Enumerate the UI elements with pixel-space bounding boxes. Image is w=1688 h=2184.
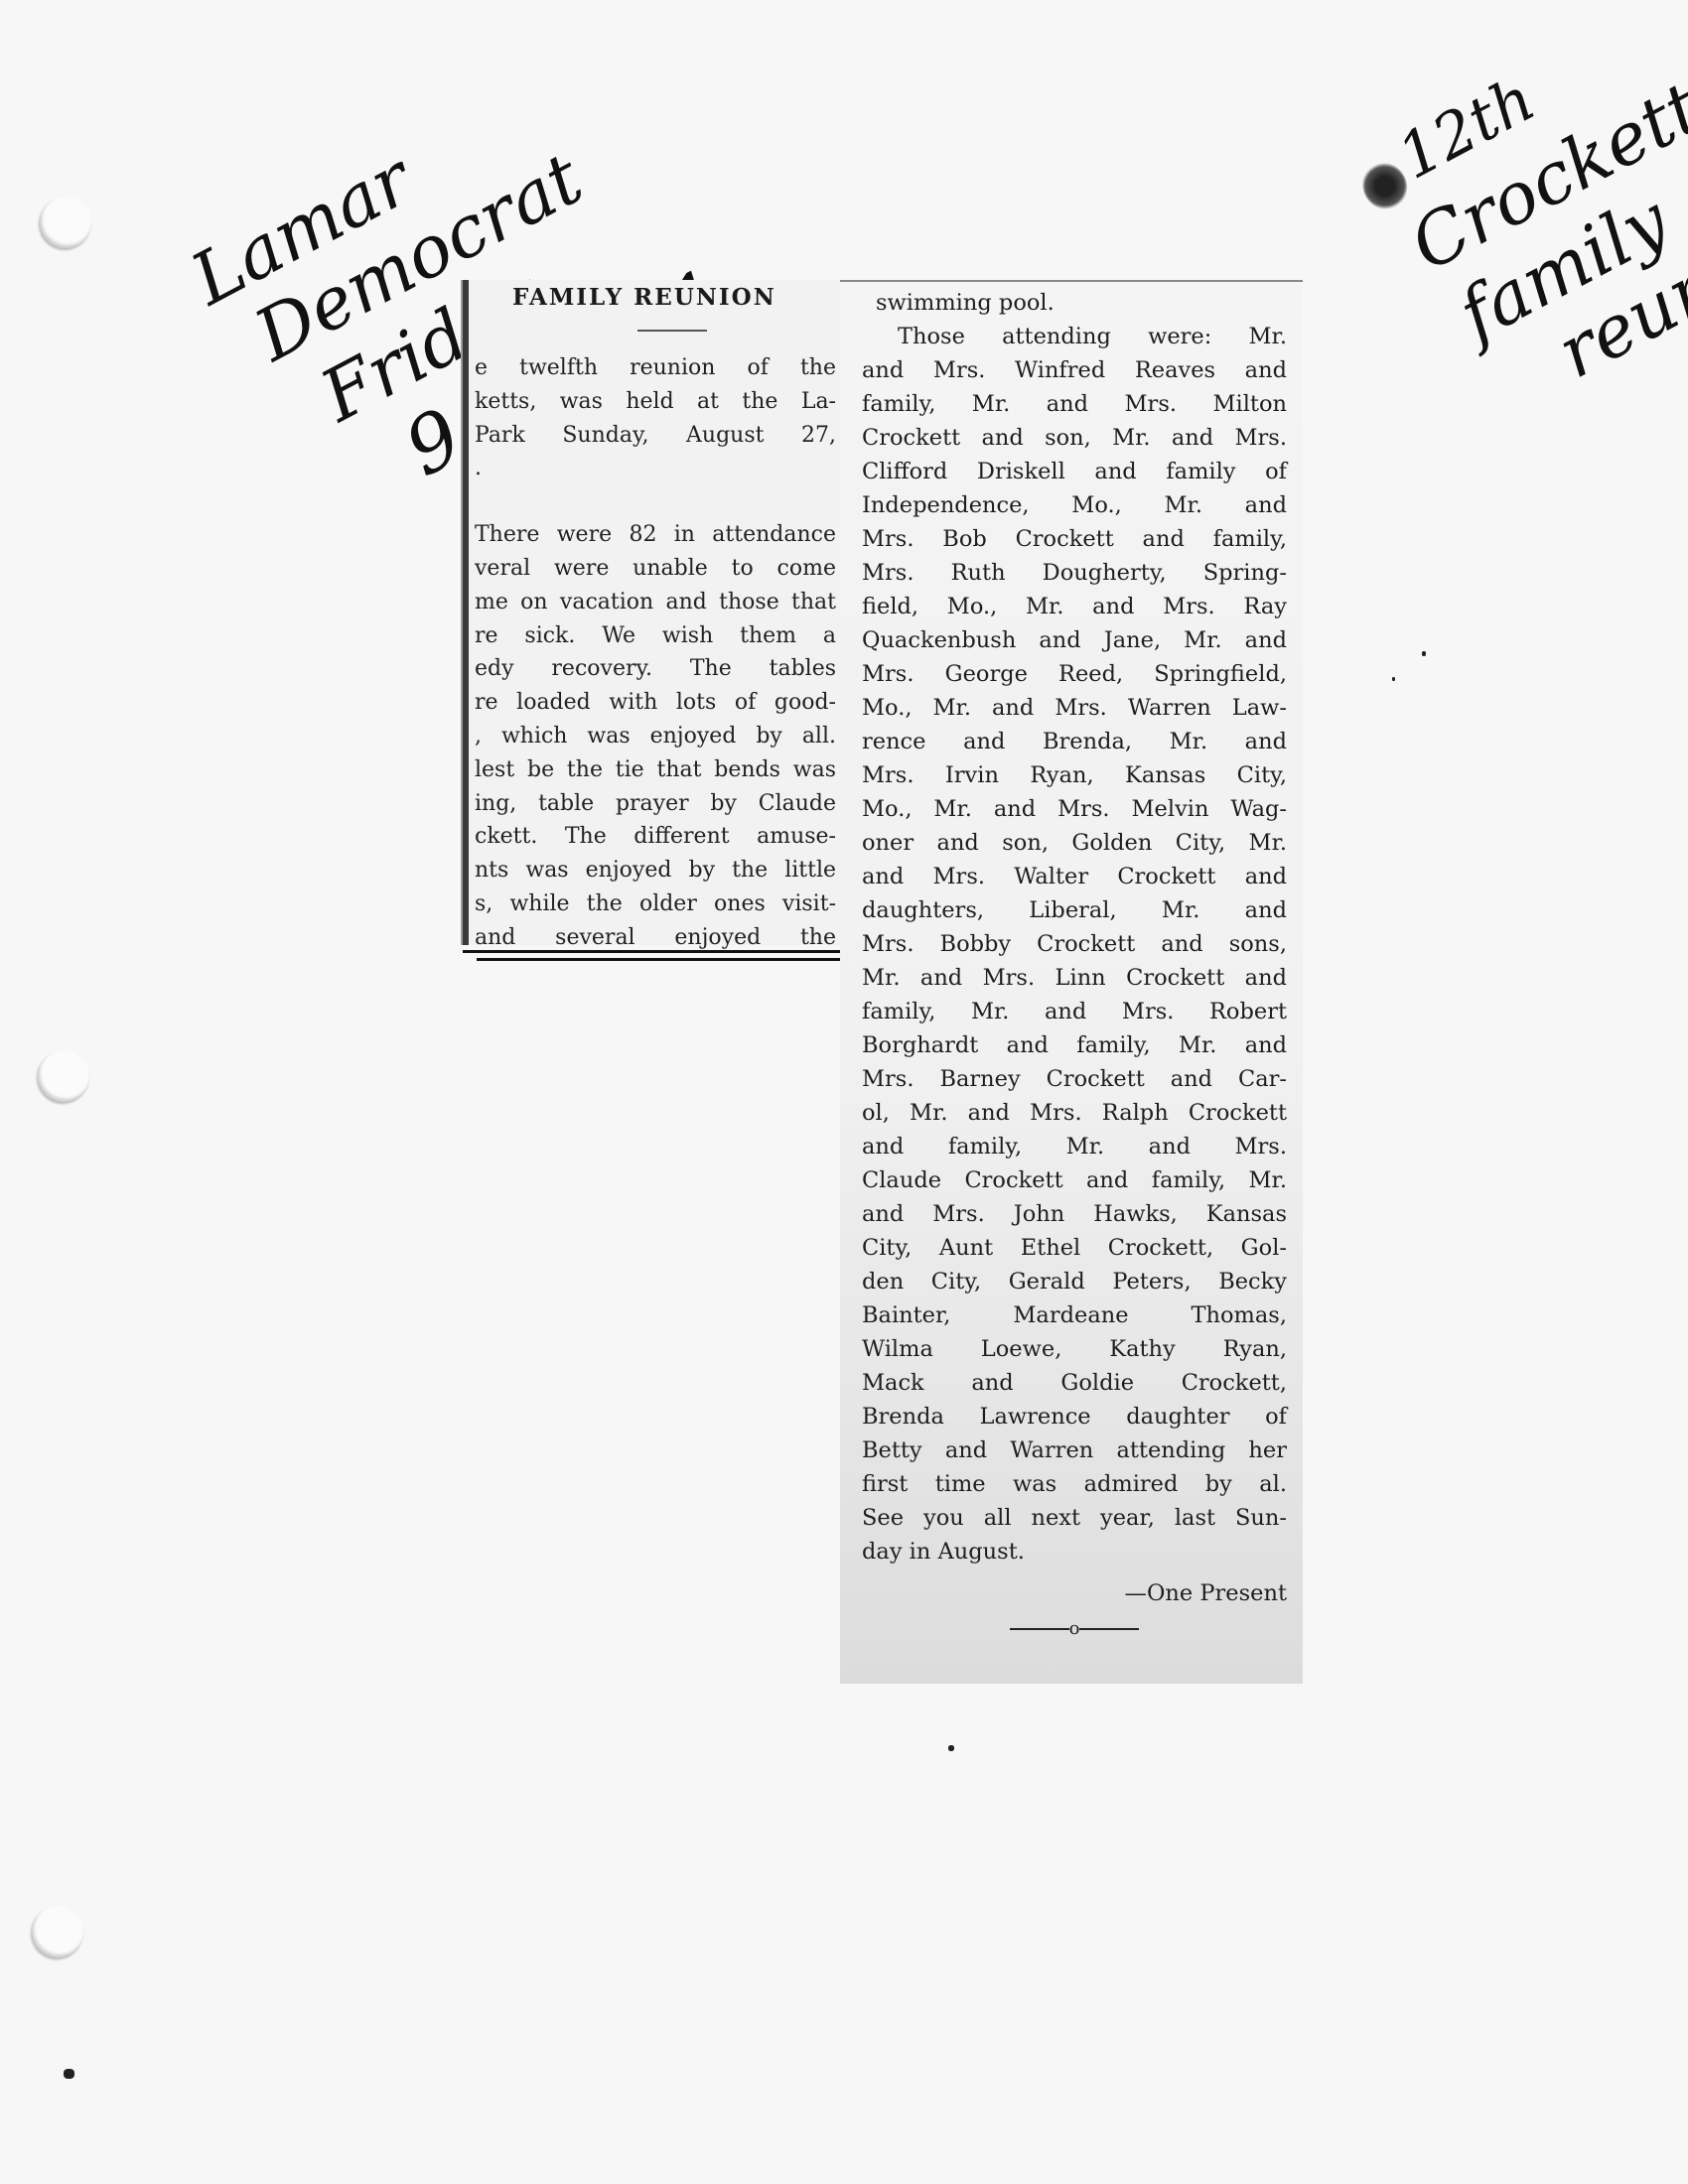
text-line: veral were unable to come [475, 552, 836, 586]
scan-speck [1422, 651, 1426, 656]
text-line: ol, Mr. and Mrs. Ralph Crockett [862, 1096, 1287, 1130]
headline-divider [637, 330, 707, 332]
text-line: ketts, was held at the La- [475, 385, 836, 419]
punch-hole-middle [38, 1050, 89, 1102]
text-line: daughters, Liberal, Mr. and [862, 893, 1287, 927]
text-line: Those attending were: Mr. [862, 320, 1287, 353]
text-line: Mrs. Bobby Crockett and sons, [862, 927, 1287, 961]
text-line: re sick. We wish them a [475, 619, 836, 653]
text-line: and Mrs. John Hawks, Kansas [862, 1197, 1287, 1231]
text-line: Bainter, Mardeane Thomas, [862, 1298, 1287, 1332]
text-line: and Mrs. Walter Crockett and [862, 860, 1287, 893]
text-line: ing, table prayer by Claude [475, 787, 836, 821]
text-line: Mack and Goldie Crockett, [862, 1366, 1287, 1400]
text-line: , which was enjoyed by all. [475, 720, 836, 753]
text-line: . [475, 452, 836, 485]
text-line: City, Aunt Ethel Crockett, Gol- [862, 1231, 1287, 1265]
text-line: s, while the older ones visit- [475, 887, 836, 921]
text-line: Brenda Lawrence daughter of [862, 1400, 1287, 1433]
text-line: edy recovery. The tables [475, 652, 836, 686]
text-line: Mrs. Ruth Dougherty, Spring- [862, 556, 1287, 590]
end-dash-left [1010, 1628, 1069, 1630]
text-line: lest be the tie that bends was [475, 753, 836, 787]
column-bottom-rule [463, 950, 850, 953]
clipping-right-column: swimming pool. Those attending were: Mr.… [840, 280, 1303, 1684]
text-line: family, Mr. and Mrs. Robert [862, 995, 1287, 1028]
end-dash-right [1079, 1628, 1139, 1630]
text-line: Mrs. Barney Crockett and Car- [862, 1062, 1287, 1096]
text-line: Mo., Mr. and Mrs. Warren Law- [862, 691, 1287, 725]
article-signature: —One Present [862, 1576, 1287, 1610]
text-line: day in August. [862, 1535, 1287, 1569]
text-line: Wilma Loewe, Kathy Ryan, [862, 1332, 1287, 1366]
text-line: swimming pool. [862, 286, 1287, 320]
text-line: Betty and Warren attending her [862, 1433, 1287, 1467]
text-line: See you all next year, last Sun- [862, 1501, 1287, 1535]
text-line: Crockett and son, Mr. and Mrs. [862, 421, 1287, 455]
text-line: Mrs. Irvin Ryan, Kansas City, [862, 758, 1287, 792]
article-end-mark: o [862, 1612, 1287, 1646]
text-line: oner and son, Golden City, Mr. [862, 826, 1287, 860]
text-line: den City, Gerald Peters, Becky [862, 1265, 1287, 1298]
scan-speck [948, 1745, 954, 1751]
text-line: Mrs. Bob Crockett and family, [862, 522, 1287, 556]
article-left-text: e twelfth reunion of the ketts, was held… [475, 351, 836, 955]
end-mark-glyph: o [1069, 1618, 1080, 1639]
text-line: Claude Crockett and family, Mr. [862, 1163, 1287, 1197]
text-line: first time was admired by al. [862, 1467, 1287, 1501]
text-line: There were 82 in attendance [475, 518, 836, 552]
text-line: Borghardt and family, Mr. and [862, 1028, 1287, 1062]
text-line: and Mrs. Winfred Reaves and [862, 353, 1287, 387]
punch-hole-top [40, 197, 91, 248]
text-line: family, Mr. and Mrs. Milton [862, 387, 1287, 421]
punch-hole-bottom [32, 1906, 83, 1958]
text-line: Park Sunday, August 27, [475, 419, 836, 453]
clipping-left-column: FAMILY REUNION e twelfth reunion of the … [463, 280, 846, 945]
text-line: re loaded with lots of good- [475, 686, 836, 720]
text-line: field, Mo., Mr. and Mrs. Ray [862, 590, 1287, 623]
text-line: Quackenbush and Jane, Mr. and [862, 623, 1287, 657]
scan-speck [1392, 677, 1395, 681]
text-line: rence and Brenda, Mr. and [862, 725, 1287, 758]
text-line: Independence, Mo., Mr. and [862, 488, 1287, 522]
text-line: Clifford Driskell and family of [862, 455, 1287, 488]
text-line: e twelfth reunion of the [475, 351, 836, 385]
text-line: nts was enjoyed by the little [475, 854, 836, 887]
scan-speck [64, 2069, 74, 2079]
text-line: ckett. The different amuse- [475, 820, 836, 854]
text-line: and family, Mr. and Mrs. [862, 1130, 1287, 1163]
text-line: Mr. and Mrs. Linn Crockett and [862, 961, 1287, 995]
text-line: me on vacation and those that [475, 586, 836, 619]
article-headline: FAMILY REUNION [512, 284, 776, 311]
column-bottom-rule-double [477, 958, 850, 961]
text-line: Mrs. George Reed, Springfield, [862, 657, 1287, 691]
article-right-text: swimming pool. Those attending were: Mr.… [862, 286, 1287, 1646]
text-line: Mo., Mr. and Mrs. Melvin Wag- [862, 792, 1287, 826]
